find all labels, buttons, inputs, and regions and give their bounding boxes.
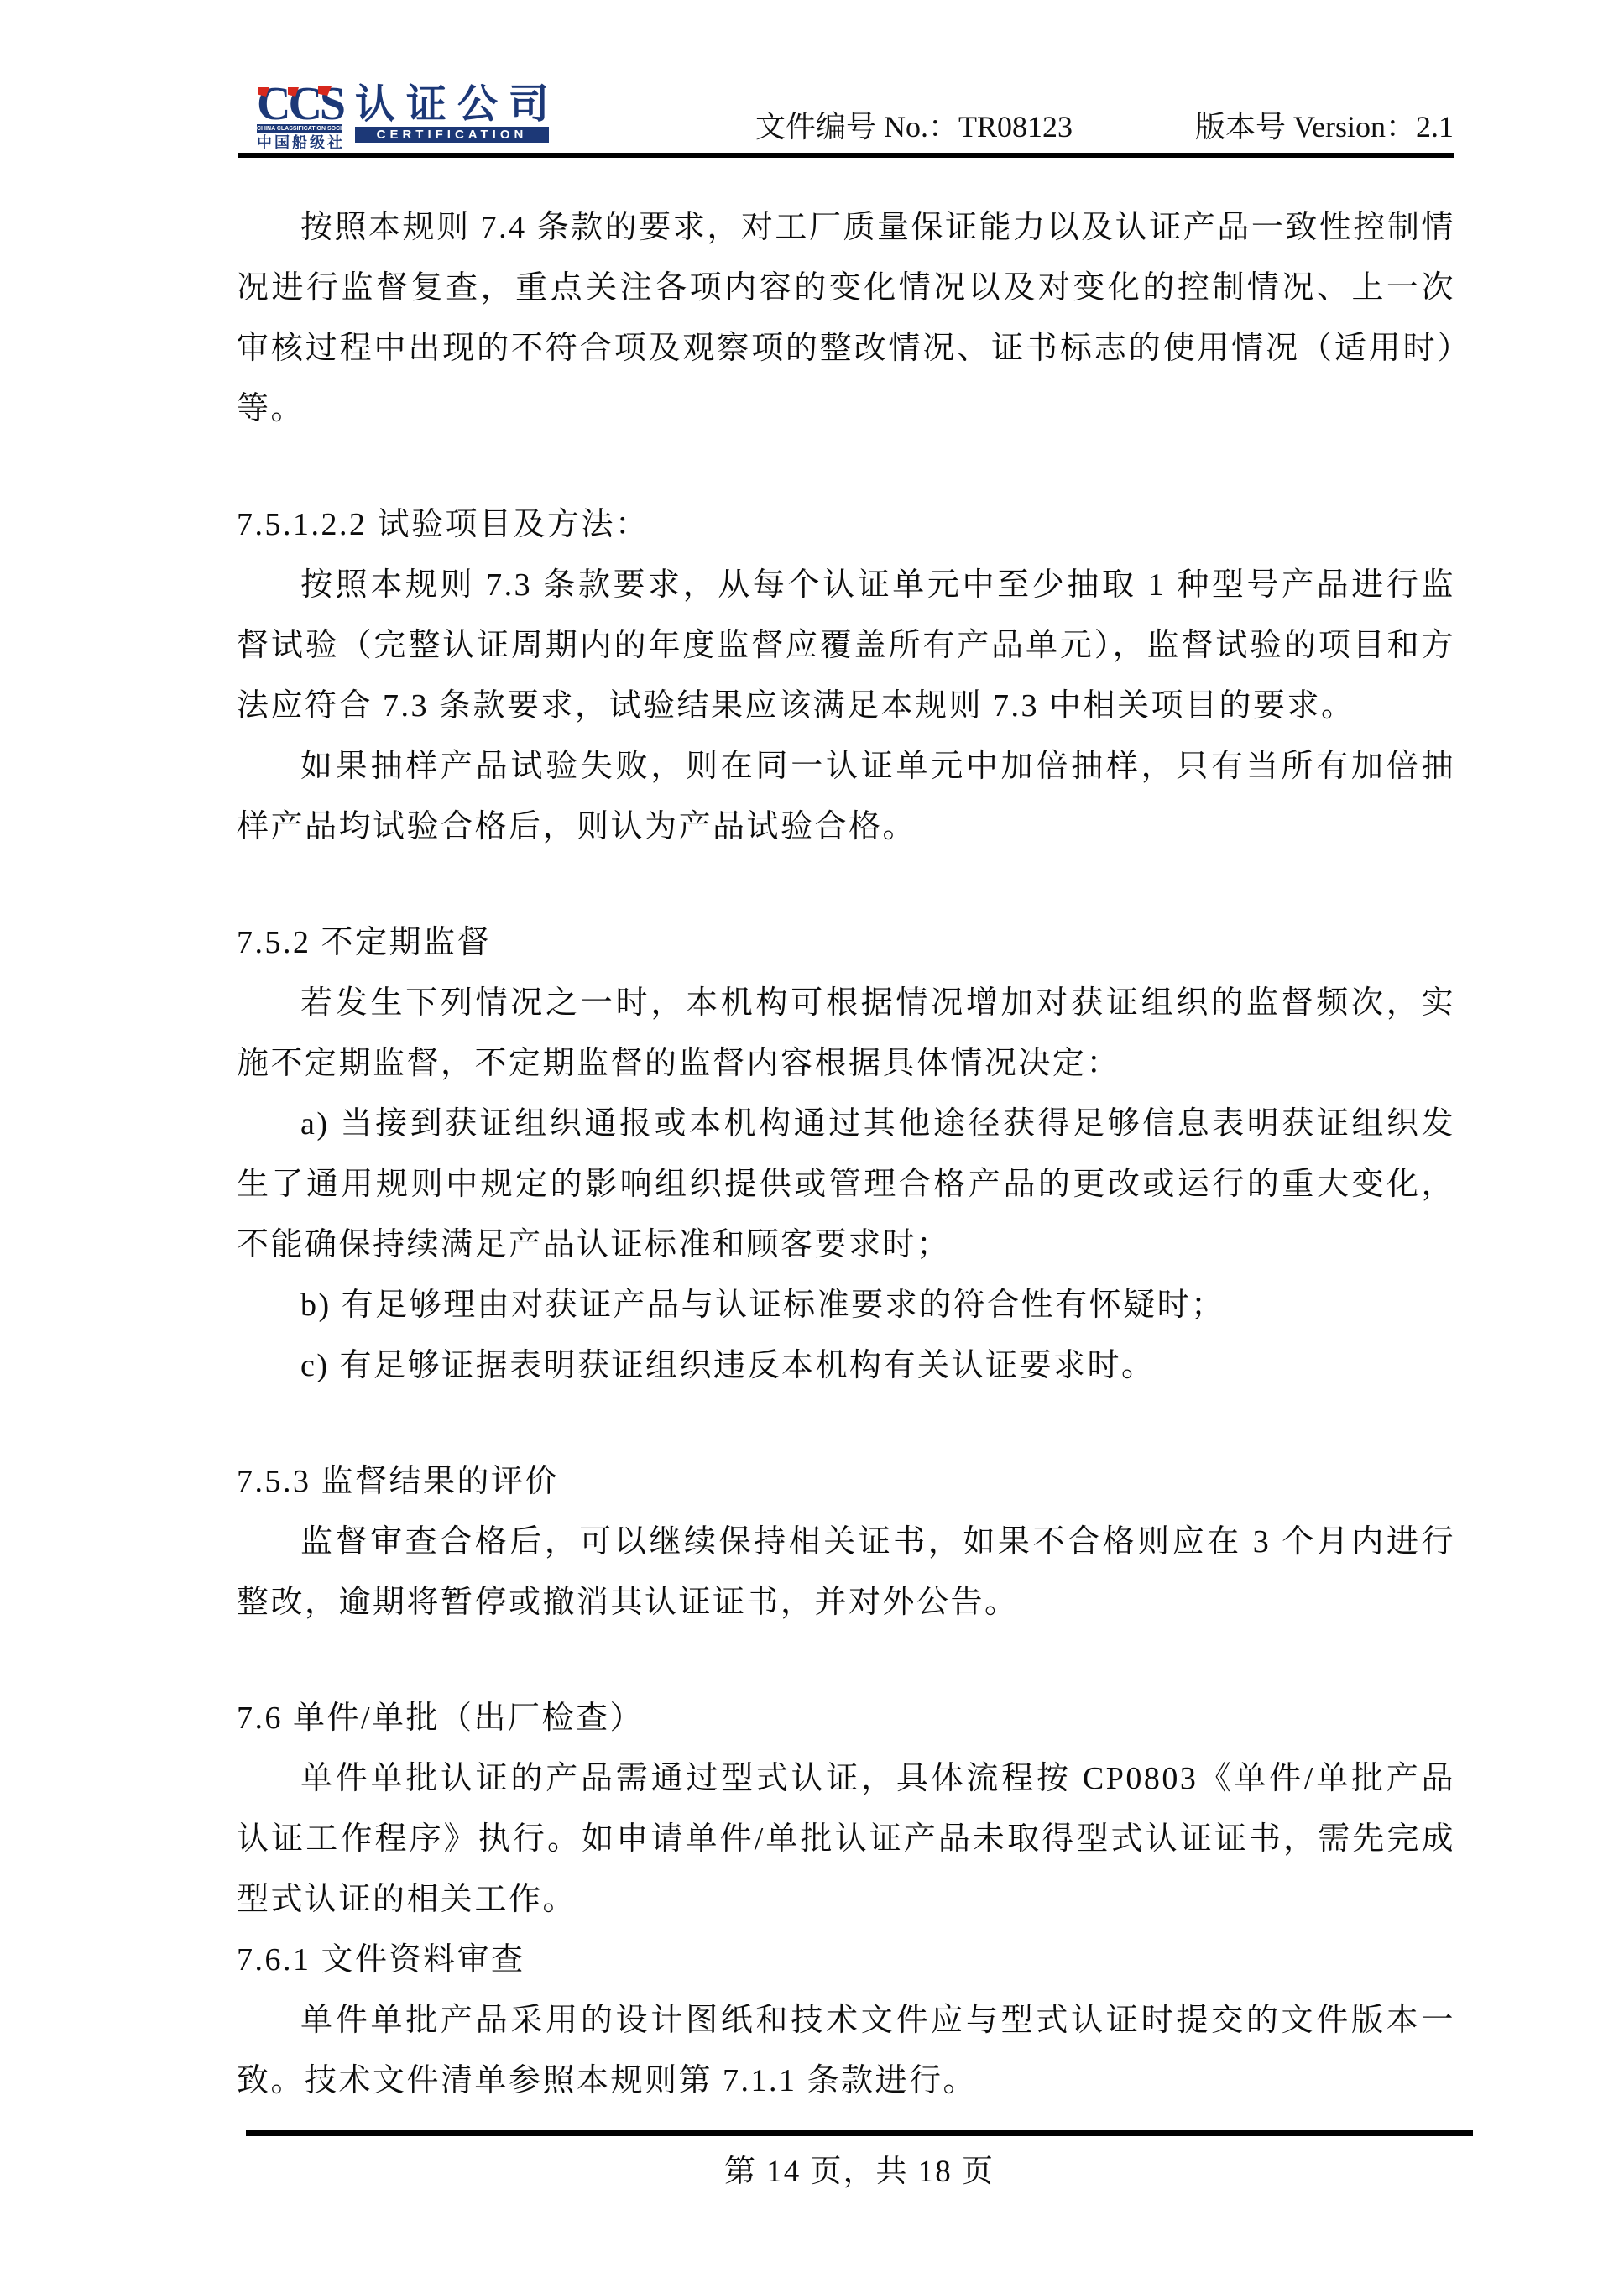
document-page: CCS CHINA CLASSIFICATION SOCIETY 中国船级社 认… [0,0,1624,2278]
ccs-logo-left: CCS CHINA CLASSIFICATION SOCIETY 中国船级社 [257,86,342,150]
section-heading: 7.5.1.2.2 试验项目及方法： [237,494,1455,555]
certification-banner: CERTIFICATION [355,127,549,143]
paragraph: 如果抽样产品试验失败，则在同一认证单元中加倍抽样，只有当所有加倍抽样产品均试验合… [237,736,1455,857]
section-heading: 7.5.3 监督结果的评价 [237,1451,1455,1512]
ccs-letters: CCS [257,78,343,130]
paragraph: 按照本规则 7.4 条款的要求，对工厂质量保证能力以及认证产品一致性控制情况进行… [237,197,1455,439]
section-heading: 7.6.1 文件资料审查 [237,1930,1455,1990]
company-name-cn: 认证公司 [355,86,560,123]
paragraph: 监督审查合格后，可以继续保持相关证书，如果不合格则应在 3 个月内进行整改，逾期… [237,1512,1455,1633]
section-heading: 7.5.2 不定期监督 [237,912,1455,973]
doc-number: 文件编号 No.：TR08123 [755,110,1073,144]
ccs-logo-text: CCS [257,86,342,122]
header-doc-info: 文件编号 No.：TR08123 版本号 Version：2.1 [755,110,1454,144]
document-body: 按照本规则 7.4 条款的要求，对工厂质量保证能力以及认证产品一致性控制情况进行… [237,197,1455,2111]
list-item-c: c) 有足够证据表明获证组织违反本机构有关认证要求时。 [237,1335,1455,1396]
ccs-logo: CCS CHINA CLASSIFICATION SOCIETY 中国船级社 认… [257,86,560,150]
paragraph: 若发生下列情况之一时，本机构可根据情况增加对获证组织的监督频次，实施不定期监督，… [237,973,1455,1094]
society-name-cn: 中国船级社 [257,135,342,150]
ccs-logo-right: 认证公司 CERTIFICATION [355,86,560,150]
paragraph: 单件单批产品采用的设计图纸和技术文件应与型式认证时提交的文件版本一致。技术文件清… [237,1990,1455,2111]
section-heading: 7.6 单件/单批（出厂检查） [237,1688,1455,1748]
list-item-b: b) 有足够理由对获证产品与认证标准要求的符合性有怀疑时； [237,1275,1455,1335]
paragraph: 单件单批认证的产品需通过型式认证，具体流程按 CP0803《单件/单批产品认证工… [237,1748,1455,1930]
page-number: 第 14 页，共 18 页 [246,2145,1473,2191]
header-divider [238,153,1454,158]
paragraph: 按照本规则 7.3 条款要求，从每个认证单元中至少抽取 1 种型号产品进行监督试… [237,555,1455,736]
footer-divider [246,2130,1473,2136]
list-item-a: a) 当接到获证组织通报或本机构通过其他途径获得足够信息表明获证组织发生了通用规… [237,1094,1455,1275]
doc-version: 版本号 Version：2.1 [1195,110,1454,144]
